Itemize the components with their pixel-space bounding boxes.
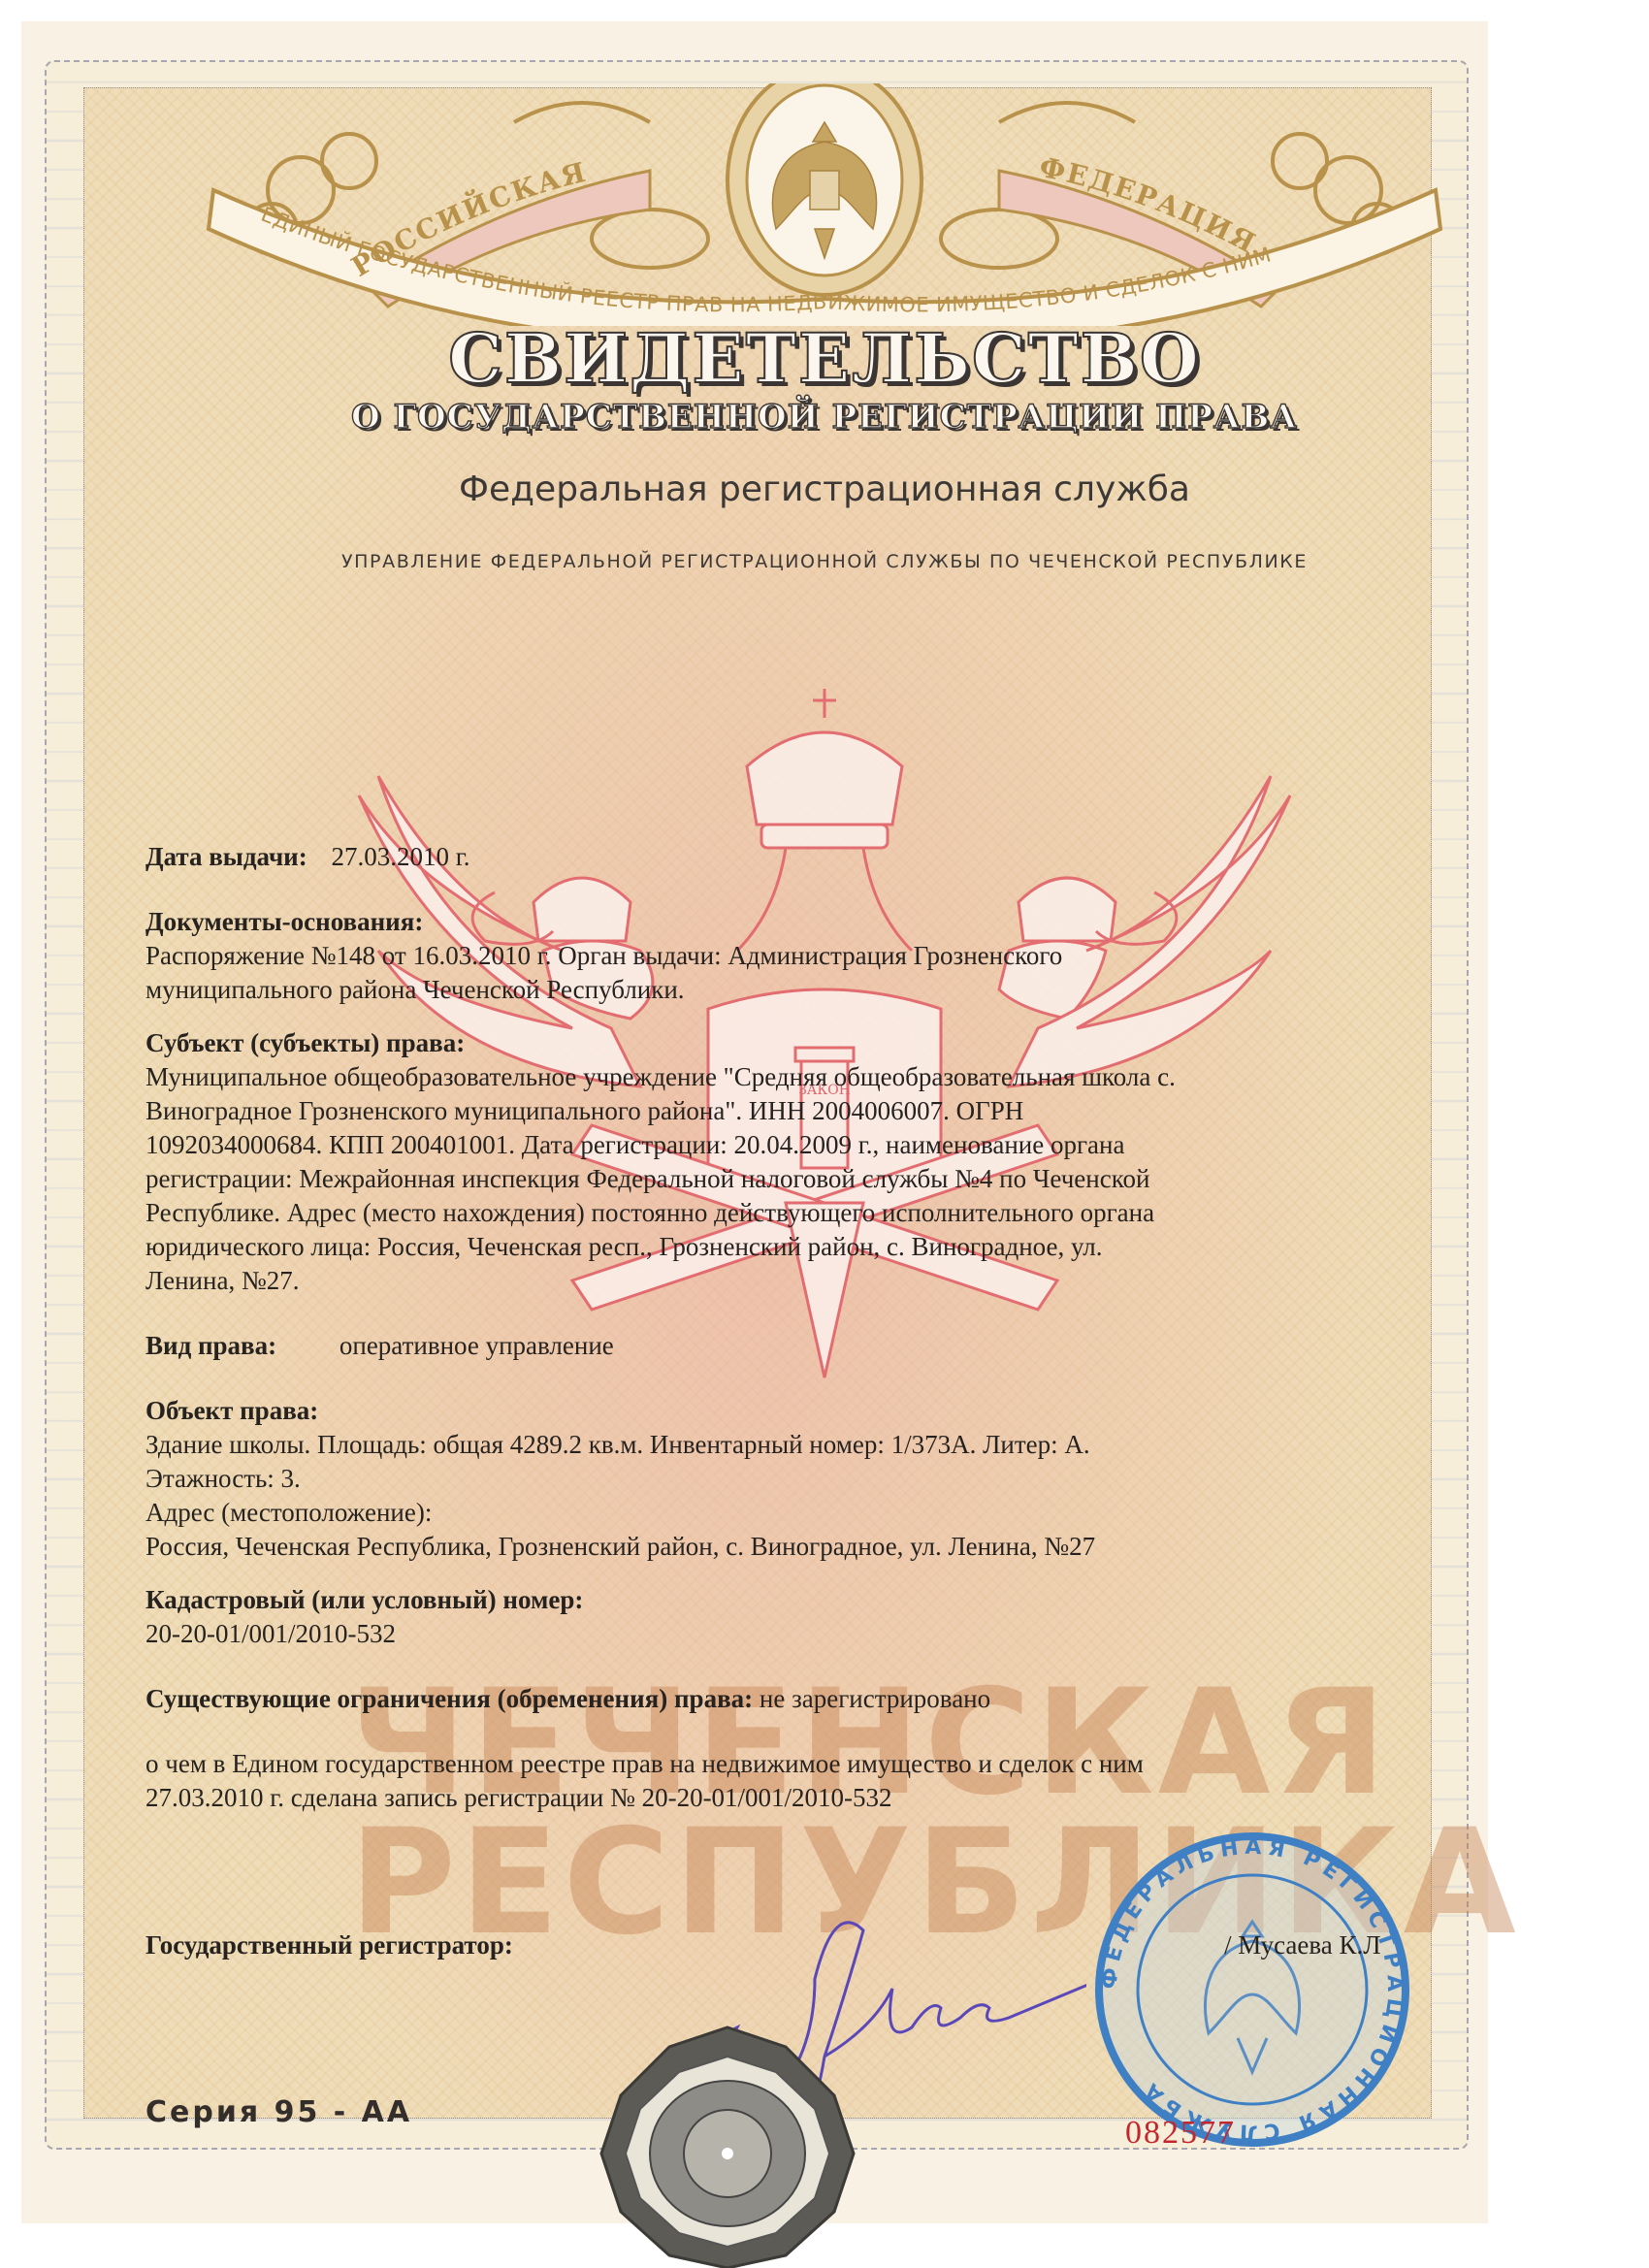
subjects-line: регистрации: Межрайонная инспекция Федер…: [145, 1162, 1358, 1196]
encumbrances-value: не зарегистрировано: [760, 1684, 990, 1713]
subjects-line: Муниципальное общеобразовательное учрежд…: [145, 1060, 1358, 1094]
basis-documents-label: Документы-основания:: [145, 905, 1358, 939]
issue-date-row: Дата выдачи: 27.03.2010 г.: [145, 840, 1358, 874]
right-type-value: оперативное управление: [339, 1331, 614, 1360]
object-line: Здание школы. Площадь: общая 4289.2 кв.м…: [145, 1428, 1358, 1462]
certificate-subtitle: О ГОСУДАРСТВЕННОЙ РЕГИСТРАЦИИ ПРАВА: [0, 398, 1649, 437]
subjects-label: Субъект (субъекты) права:: [145, 1026, 1358, 1060]
right-type-label: Вид права:: [145, 1331, 276, 1360]
object-label: Объект права:: [145, 1394, 1358, 1428]
object-line: Россия, Чеченская Республика, Грозненски…: [145, 1530, 1358, 1564]
ribbon-banner-icon: РОССИЙСКАЯ ФЕДЕРАЦИЯ ЕДИНЫЙ ГОСУДАРСТВЕН…: [194, 83, 1455, 326]
registry-note-line: 27.03.2010 г. сделана запись регистрации…: [145, 1781, 1358, 1815]
object-line: Адрес (местоположение):: [145, 1496, 1358, 1530]
right-type-row: Вид права: оперативное управление: [145, 1329, 1358, 1363]
serial-number: 082577: [1125, 2115, 1236, 2152]
registrar-label: Государственный регистратор:: [145, 1930, 513, 1960]
registrar-name: / Мусаева К.Л: [1224, 1930, 1381, 1960]
issue-date-label: Дата выдачи:: [145, 842, 307, 871]
series-label: Серия 95 - АА: [145, 2095, 412, 2129]
certificate-title: СВИДЕТЕЛЬСТВО: [0, 318, 1649, 399]
encumbrances-label: Существующие ограничения (обременения) п…: [145, 1684, 753, 1713]
cadastral-label: Кадастровый (или условный) номер:: [145, 1583, 1358, 1617]
encumbrances-row: Существующие ограничения (обременения) п…: [145, 1682, 1358, 1716]
header-banner: РОССИЙСКАЯ ФЕДЕРАЦИЯ ЕДИНЫЙ ГОСУДАРСТВЕН…: [194, 83, 1455, 326]
registry-note-line: о чем в Едином государственном реестре п…: [145, 1747, 1358, 1781]
certificate-body: Дата выдачи: 27.03.2010 г. Документы-осн…: [145, 840, 1358, 1815]
cadastral-value: 20-20-01/001/2010-532: [145, 1617, 1358, 1651]
agency-name: Федеральная регистрационная служба: [0, 470, 1649, 509]
basis-documents-line: муниципального района Чеченской Республи…: [145, 973, 1358, 1007]
subjects-line: Ленина, №27.: [145, 1264, 1358, 1298]
subjects-line: 1092034000684. КПП 200401001. Дата регис…: [145, 1128, 1358, 1162]
issue-date-value: 27.03.2010 г.: [331, 842, 469, 871]
department-name: УПРАВЛЕНИЕ ФЕДЕРАЛЬНОЙ РЕГИСТРАЦИОННОЙ С…: [0, 551, 1649, 572]
official-stamp-icon: ФЕДЕРАЛЬНАЯ РЕГИСТРАЦИОННАЯ СЛУЖБА: [1092, 1830, 1412, 2150]
object-line: Этажность: 3.: [145, 1462, 1358, 1496]
basis-documents-line: Распоряжение №148 от 16.03.2010 г. Орган…: [145, 939, 1358, 973]
subjects-line: юридического лица: Россия, Чеченская рес…: [145, 1230, 1358, 1264]
security-rosette-icon: [582, 2018, 873, 2268]
subjects-line: Виноградное Грозненского муниципального …: [145, 1094, 1358, 1128]
subjects-line: Республике. Адрес (место нахождения) пос…: [145, 1196, 1358, 1230]
